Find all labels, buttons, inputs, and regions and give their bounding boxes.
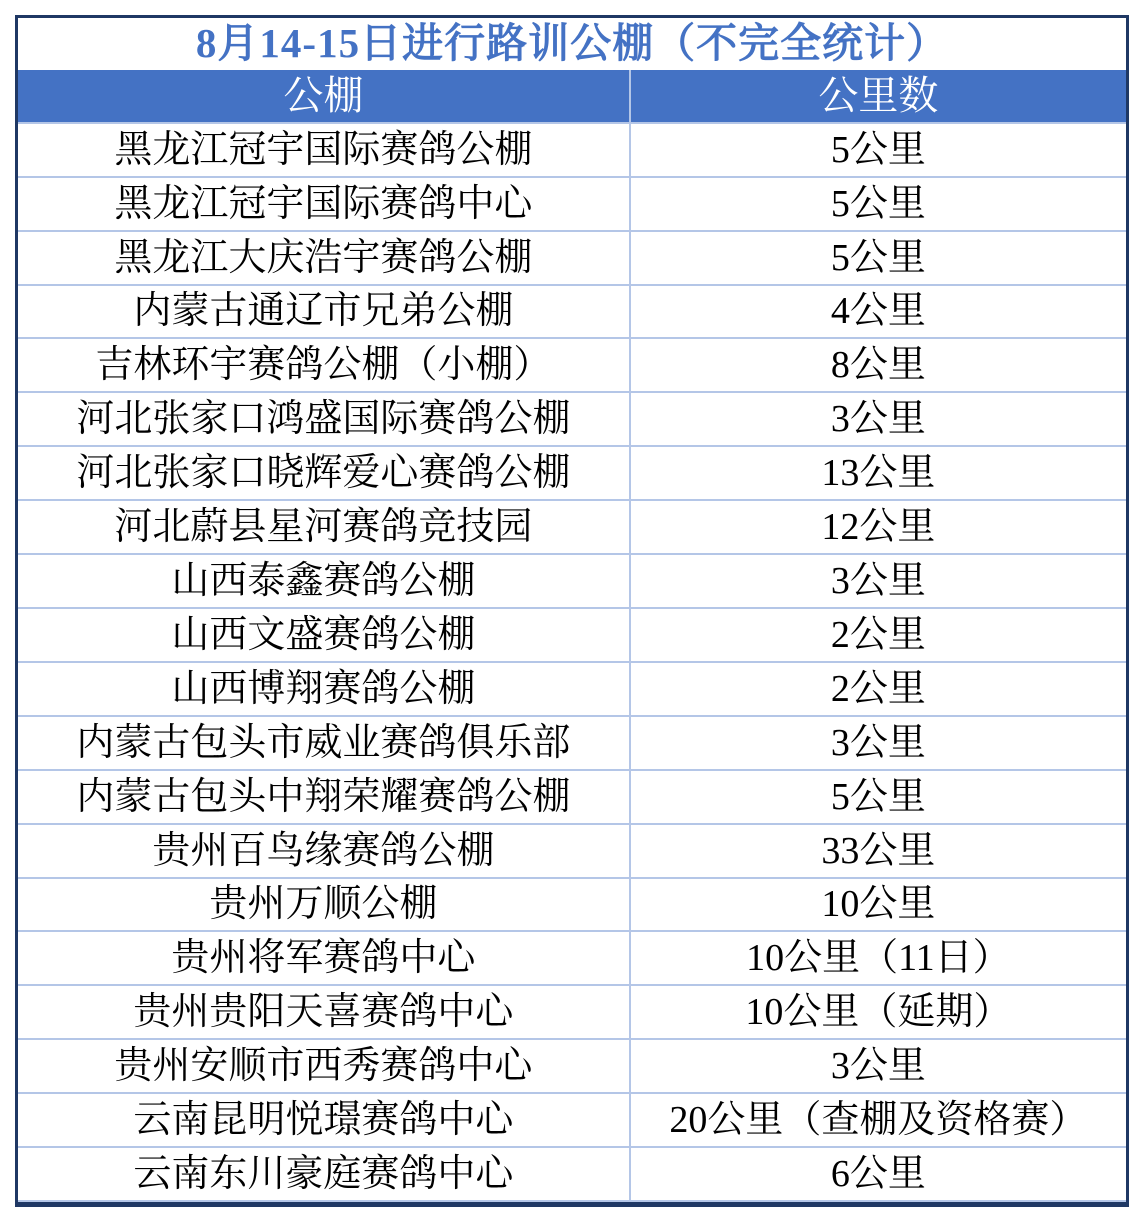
table-title: 8月14-15日进行路训公棚（不完全统计）	[196, 23, 948, 64]
distance-cell: 5公里	[631, 771, 1126, 823]
shed-name-cell: 贵州贵阳天喜赛鸽中心	[18, 986, 631, 1038]
table-title-row: 8月14-15日进行路训公棚（不完全统计）	[18, 18, 1126, 70]
shed-name-cell: 云南昆明悦璟赛鸽中心	[18, 1094, 631, 1146]
shed-name-cell: 内蒙古通辽市兄弟公棚	[18, 286, 631, 338]
shed-name-cell: 贵州万顺公棚	[18, 879, 631, 931]
shed-name-cell: 河北张家口晓辉爱心赛鸽公棚	[18, 447, 631, 499]
table-row: 云南东川豪庭赛鸽中心6公里	[18, 1146, 1126, 1202]
shed-name-cell: 山西泰鑫赛鸽公棚	[18, 555, 631, 607]
shed-name-cell: 内蒙古包头市威业赛鸽俱乐部	[18, 717, 631, 769]
distance-cell: 20公里（查棚及资格赛）	[631, 1094, 1126, 1146]
table-row: 内蒙古通辽市兄弟公棚4公里	[18, 284, 1126, 338]
table-row: 贵州将军赛鸽中心10公里（11日）	[18, 930, 1126, 984]
shed-name-cell: 山西文盛赛鸽公棚	[18, 609, 631, 661]
column-header-shed: 公棚	[18, 70, 631, 122]
shed-name-cell: 吉林环宇赛鸽公棚（小棚）	[18, 339, 631, 391]
distance-cell: 8公里	[631, 339, 1126, 391]
table-row: 内蒙古包头市威业赛鸽俱乐部3公里	[18, 715, 1126, 769]
distance-cell: 33公里	[631, 825, 1126, 877]
table-row: 河北张家口晓辉爱心赛鸽公棚13公里	[18, 445, 1126, 499]
table-row: 黑龙江大庆浩宇赛鸽公棚5公里	[18, 230, 1126, 284]
distance-cell: 6公里	[631, 1148, 1126, 1200]
distance-cell: 5公里	[631, 124, 1126, 176]
distance-cell: 12公里	[631, 501, 1126, 553]
distance-cell: 3公里	[631, 555, 1126, 607]
shed-name-cell: 贵州百鸟缘赛鸽公棚	[18, 825, 631, 877]
distance-cell: 5公里	[631, 232, 1126, 284]
distance-cell: 5公里	[631, 178, 1126, 230]
distance-cell: 10公里（延期）	[631, 986, 1126, 1038]
table-header-row: 公棚 公里数	[18, 70, 1126, 122]
distance-cell: 2公里	[631, 663, 1126, 715]
distance-cell: 2公里	[631, 609, 1126, 661]
distance-cell: 3公里	[631, 717, 1126, 769]
table-row: 贵州安顺市西秀赛鸽中心3公里	[18, 1038, 1126, 1092]
distance-cell: 3公里	[631, 1040, 1126, 1092]
shed-name-cell: 山西博翔赛鸽公棚	[18, 663, 631, 715]
shed-name-cell: 黑龙江冠宇国际赛鸽中心	[18, 178, 631, 230]
distance-cell: 10公里	[631, 879, 1126, 931]
distance-cell: 3公里	[631, 393, 1126, 445]
table-row: 山西博翔赛鸽公棚2公里	[18, 661, 1126, 715]
table-row: 山西文盛赛鸽公棚2公里	[18, 607, 1126, 661]
shed-name-cell: 贵州将军赛鸽中心	[18, 932, 631, 984]
column-header-distance: 公里数	[631, 70, 1126, 122]
shed-name-cell: 云南东川豪庭赛鸽中心	[18, 1148, 631, 1200]
shed-name-cell: 河北张家口鸿盛国际赛鸽公棚	[18, 393, 631, 445]
shed-name-cell: 黑龙江冠宇国际赛鸽公棚	[18, 124, 631, 176]
table-row: 贵州贵阳天喜赛鸽中心10公里（延期）	[18, 984, 1126, 1038]
distance-cell: 4公里	[631, 286, 1126, 338]
shed-name-cell: 黑龙江大庆浩宇赛鸽公棚	[18, 232, 631, 284]
table-row: 黑龙江冠宇国际赛鸽中心5公里	[18, 176, 1126, 230]
table-row: 贵州万顺公棚10公里	[18, 877, 1126, 931]
table-row: 贵州百鸟缘赛鸽公棚33公里	[18, 823, 1126, 877]
table-row: 山西泰鑫赛鸽公棚3公里	[18, 553, 1126, 607]
table-row: 黑龙江冠宇国际赛鸽公棚5公里	[18, 122, 1126, 176]
table-row: 内蒙古包头中翔荣耀赛鸽公棚5公里	[18, 769, 1126, 823]
shed-name-cell: 内蒙古包头中翔荣耀赛鸽公棚	[18, 771, 631, 823]
table-row: 河北蔚县星河赛鸽竞技园12公里	[18, 499, 1126, 553]
table-row: 河北张家口鸿盛国际赛鸽公棚3公里	[18, 391, 1126, 445]
table-row: 云南昆明悦璟赛鸽中心20公里（查棚及资格赛）	[18, 1092, 1126, 1146]
shed-name-cell: 河北蔚县星河赛鸽竞技园	[18, 501, 631, 553]
distance-cell: 13公里	[631, 447, 1126, 499]
road-training-table: 8月14-15日进行路训公棚（不完全统计） 公棚 公里数 黑龙江冠宇国际赛鸽公棚…	[15, 15, 1129, 1207]
table-row: 吉林环宇赛鸽公棚（小棚）8公里	[18, 337, 1126, 391]
shed-name-cell: 贵州安顺市西秀赛鸽中心	[18, 1040, 631, 1092]
distance-cell: 10公里（11日）	[631, 932, 1126, 984]
